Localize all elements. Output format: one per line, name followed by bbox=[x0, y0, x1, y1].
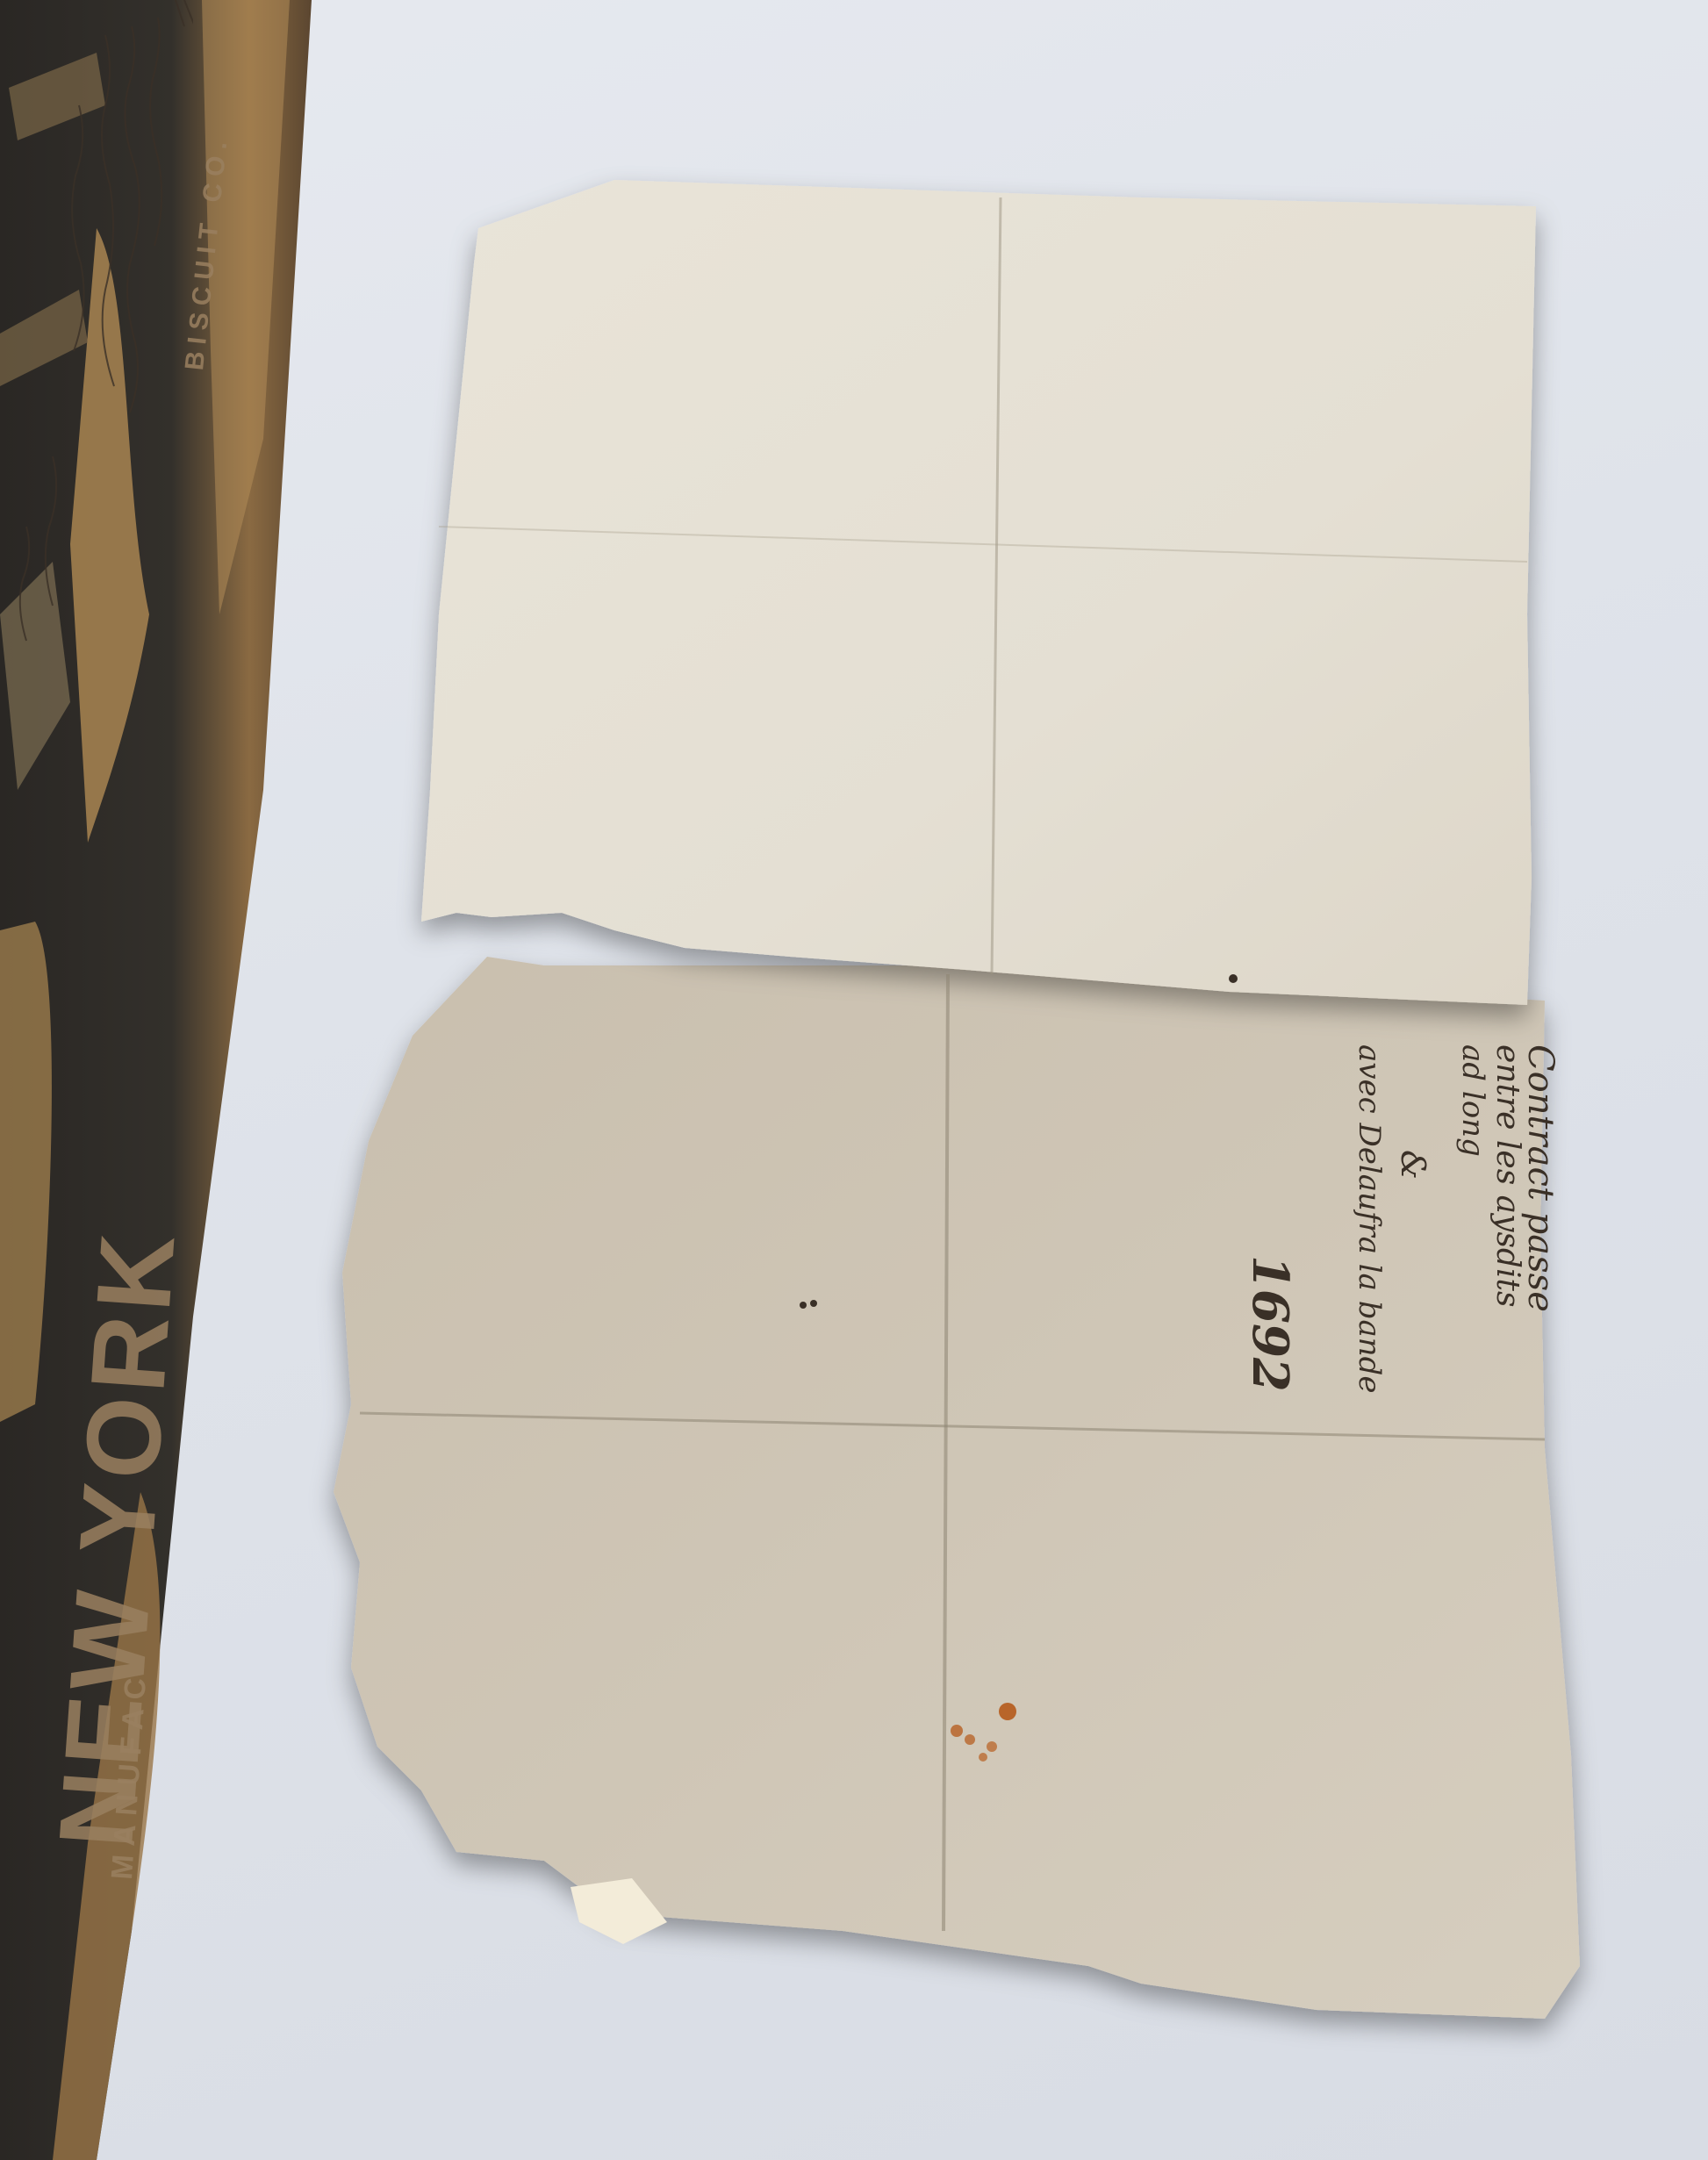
antique-document: Contract passe entre les aysdits ad long… bbox=[0, 0, 1708, 2160]
endorsement-line-2: entre les aysdits bbox=[1489, 1044, 1525, 1307]
photo-scene: NEW YORK MANUFAC BISCUIT CO. bbox=[0, 0, 1708, 2160]
endorsement-line-3: ad long bbox=[1455, 1044, 1490, 1157]
endorsement-line-5: avec Delaufra la bande bbox=[1352, 1044, 1387, 1394]
endorsement-line-1: Contract passe bbox=[1520, 1044, 1561, 1312]
paper-sheet bbox=[0, 0, 1708, 2160]
document-date: 1692 bbox=[1241, 1255, 1299, 1392]
endorsement-line-4: & bbox=[1394, 1150, 1432, 1180]
marginal-handwriting bbox=[0, 0, 193, 667]
